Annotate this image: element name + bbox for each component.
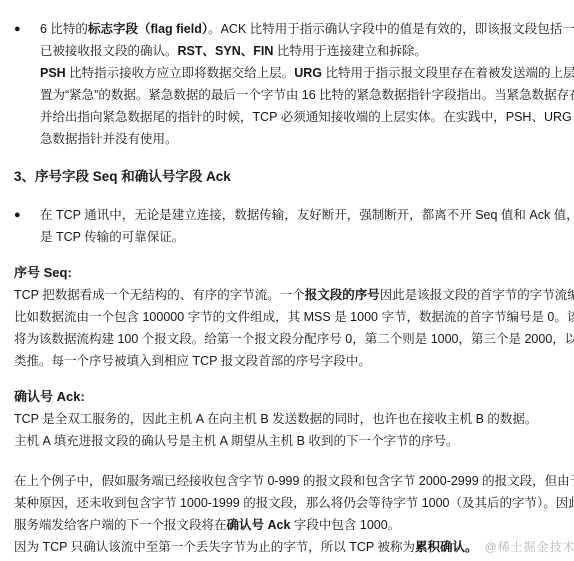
text-segment: 报文段的序号	[305, 288, 380, 302]
text-segment: 并给出指向紧急数据尾的指针的时候，TCP 必须通知接收端的上层实体。在实践中，P…	[40, 110, 574, 124]
text-line: TCP 是全双工服务的，因此主机 A 在向主机 B 发送数据的同时，也许也在接收…	[14, 408, 564, 430]
seq-paragraph: TCP 把数据看成一个无结构的、有序的字节流。一个报文段的序号因此是该报文段的首…	[14, 284, 564, 372]
text-line: 6 比特的标志字段（flag field）。ACK 比特用于指示确认字段中的值是…	[40, 18, 564, 40]
seq-subheading: 序号 Seq:	[14, 262, 564, 284]
text-segment: 已被接收报文段的确认。	[40, 44, 178, 58]
text-segment: 3、序号字段 Seq 和确认号字段 Ack	[14, 169, 231, 184]
text-line: 某种原因，还未收到包含字节 1000-1999 的报文段，那么将仍会等待字节 1…	[14, 492, 564, 514]
text-segment: 在上个例子中，假如服务端已经接收包含字节 0-999 的报文段和包含字节 200…	[14, 474, 574, 488]
text-segment: 标志字段（flag field）	[88, 22, 208, 36]
text-line: 序号 Seq:	[14, 262, 564, 284]
text-segment: 是 TCP 传输的可靠保证。	[40, 230, 184, 244]
text-segment: 将为该数据流构建 100 个报文段。给第一个报文段分配序号 0，第二个则是 10…	[14, 332, 574, 346]
ack-paragraph: TCP 是全双工服务的，因此主机 A 在向主机 B 发送数据的同时，也许也在接收…	[14, 408, 564, 452]
text-segment: 比特用于指示报文段里存在着被发送端的上层实体	[322, 66, 574, 80]
text-line: 类推。每一个序号被填入到相应 TCP 报文段首部的序号字段中。	[14, 350, 564, 372]
text-segment: 6 比特的	[40, 22, 88, 36]
bullet-marker-icon: ●	[14, 204, 21, 226]
text-segment: 类推。每一个序号被填入到相应 TCP 报文段首部的序号字段中。	[14, 354, 371, 368]
text-segment: TCP 是全双工服务的，因此主机 A 在向主机 B 发送数据的同时，也许也在接收…	[14, 412, 537, 426]
text-line: 因为 TCP 只确认该流中至第一个丢失字节为止的字节，所以 TCP 被称为累积确…	[14, 536, 564, 558]
text-line: PSH 比特指示接收方应立即将数据交给上层。URG 比特用于指示报文段里存在着被…	[40, 62, 564, 84]
text-line: 确认号 Ack:	[14, 386, 564, 408]
text-segment: 序号 Seq:	[14, 265, 72, 280]
section-heading-seq-ack: 3、序号字段 Seq 和确认号字段 Ack	[14, 166, 564, 188]
text-line: 在上个例子中，假如服务端已经接收包含字节 0-999 的报文段和包含字节 200…	[14, 470, 564, 492]
text-segment: 比特指示接收方应立即将数据交给上层。	[66, 66, 294, 80]
text-line: 比如数据流由一个包含 100000 字节的文件组成，其 MSS 是 1000 字…	[14, 306, 564, 328]
text-line: 将为该数据流构建 100 个报文段。给第一个报文段分配序号 0，第二个则是 10…	[14, 328, 564, 350]
text-segment: 。ACK 比特用于指示确认字段中的值是有效的，即该报文段包括一个对	[208, 22, 574, 36]
text-segment: 确认号 Ack	[227, 518, 291, 532]
text-segment: 累积确认	[415, 540, 465, 554]
text-line: 已被接收报文段的确认。RST、SYN、FIN 比特用于连接建立和拆除。	[40, 40, 564, 62]
text-segment: 在 TCP 通讯中，无论是建立连接，数据传输，友好断开，强制断开，都离不开 Se…	[40, 208, 574, 222]
text-segment: RST、SYN、FIN	[178, 44, 274, 58]
text-segment: URG	[294, 66, 322, 80]
text-segment: 主机 A 填充进报文段的确认号是主机 A 期望从主机 B 收到的下一个字节的序号…	[14, 434, 458, 448]
text-segment: 确认号 Ack:	[14, 389, 85, 404]
ack-subheading: 确认号 Ack:	[14, 386, 564, 408]
text-segment: TCP 把数据看成一个无结构的、有序的字节流。一个	[14, 288, 305, 302]
text-segment: 急数据指针并没有使用。	[40, 132, 178, 146]
seq-ack-intro-bullet: ●在 TCP 通讯中，无论是建立连接，数据传输，友好断开，强制断开，都离不开 S…	[14, 204, 564, 248]
text-line: 并给出指向紧急数据尾的指针的时候，TCP 必须通知接收端的上层实体。在实践中，P…	[40, 106, 564, 128]
text-segment: 服务端发给客户端的下一个报文段将在	[14, 518, 227, 532]
text-segment: 。	[465, 540, 478, 554]
text-segment: 某种原因，还未收到包含字节 1000-1999 的报文段，那么将仍会等待字节 1…	[14, 496, 574, 510]
text-segment: 比如数据流由一个包含 100000 字节的文件组成，其 MSS 是 1000 字…	[14, 310, 574, 324]
bullet-marker-icon: ●	[14, 18, 21, 40]
text-segment: 因此是该报文段的首字节的字节流编号。	[380, 288, 574, 302]
flag-field-bullet: ●6 比特的标志字段（flag field）。ACK 比特用于指示确认字段中的值…	[14, 18, 564, 150]
text-line: 是 TCP 传输的可靠保证。	[40, 226, 564, 248]
text-line: 置为“紧急”的数据。紧急数据的最后一个字节由 16 比特的紧急数据指针字段指出。…	[40, 84, 564, 106]
text-line: 急数据指针并没有使用。	[40, 128, 564, 150]
document-content: ●6 比特的标志字段（flag field）。ACK 比特用于指示确认字段中的值…	[14, 18, 564, 558]
text-segment: 比特用于连接建立和拆除。	[273, 44, 426, 58]
text-line: TCP 把数据看成一个无结构的、有序的字节流。一个报文段的序号因此是该报文段的首…	[14, 284, 564, 306]
text-segment: 字段中包含 1000。	[290, 518, 400, 532]
document-page: ●6 比特的标志字段（flag field）。ACK 比特用于指示确认字段中的值…	[0, 0, 574, 561]
text-segment: 因为 TCP 只确认该流中至第一个丢失字节为止的字节，所以 TCP 被称为	[14, 540, 415, 554]
text-line: 3、序号字段 Seq 和确认号字段 Ack	[14, 166, 564, 188]
text-segment: PSH	[40, 66, 66, 80]
text-line: 在 TCP 通讯中，无论是建立连接，数据传输，友好断开，强制断开，都离不开 Se…	[40, 204, 564, 226]
text-segment: 置为“紧急”的数据。紧急数据的最后一个字节由 16 比特的紧急数据指针字段指出。…	[40, 88, 574, 102]
ack-example-paragraph: 在上个例子中，假如服务端已经接收包含字节 0-999 的报文段和包含字节 200…	[14, 470, 564, 558]
text-line: 主机 A 填充进报文段的确认号是主机 A 期望从主机 B 收到的下一个字节的序号…	[14, 430, 564, 452]
text-line: 服务端发给客户端的下一个报文段将在确认号 Ack 字段中包含 1000。	[14, 514, 564, 536]
watermark-text: @稀土掘金技术社区	[484, 540, 574, 554]
